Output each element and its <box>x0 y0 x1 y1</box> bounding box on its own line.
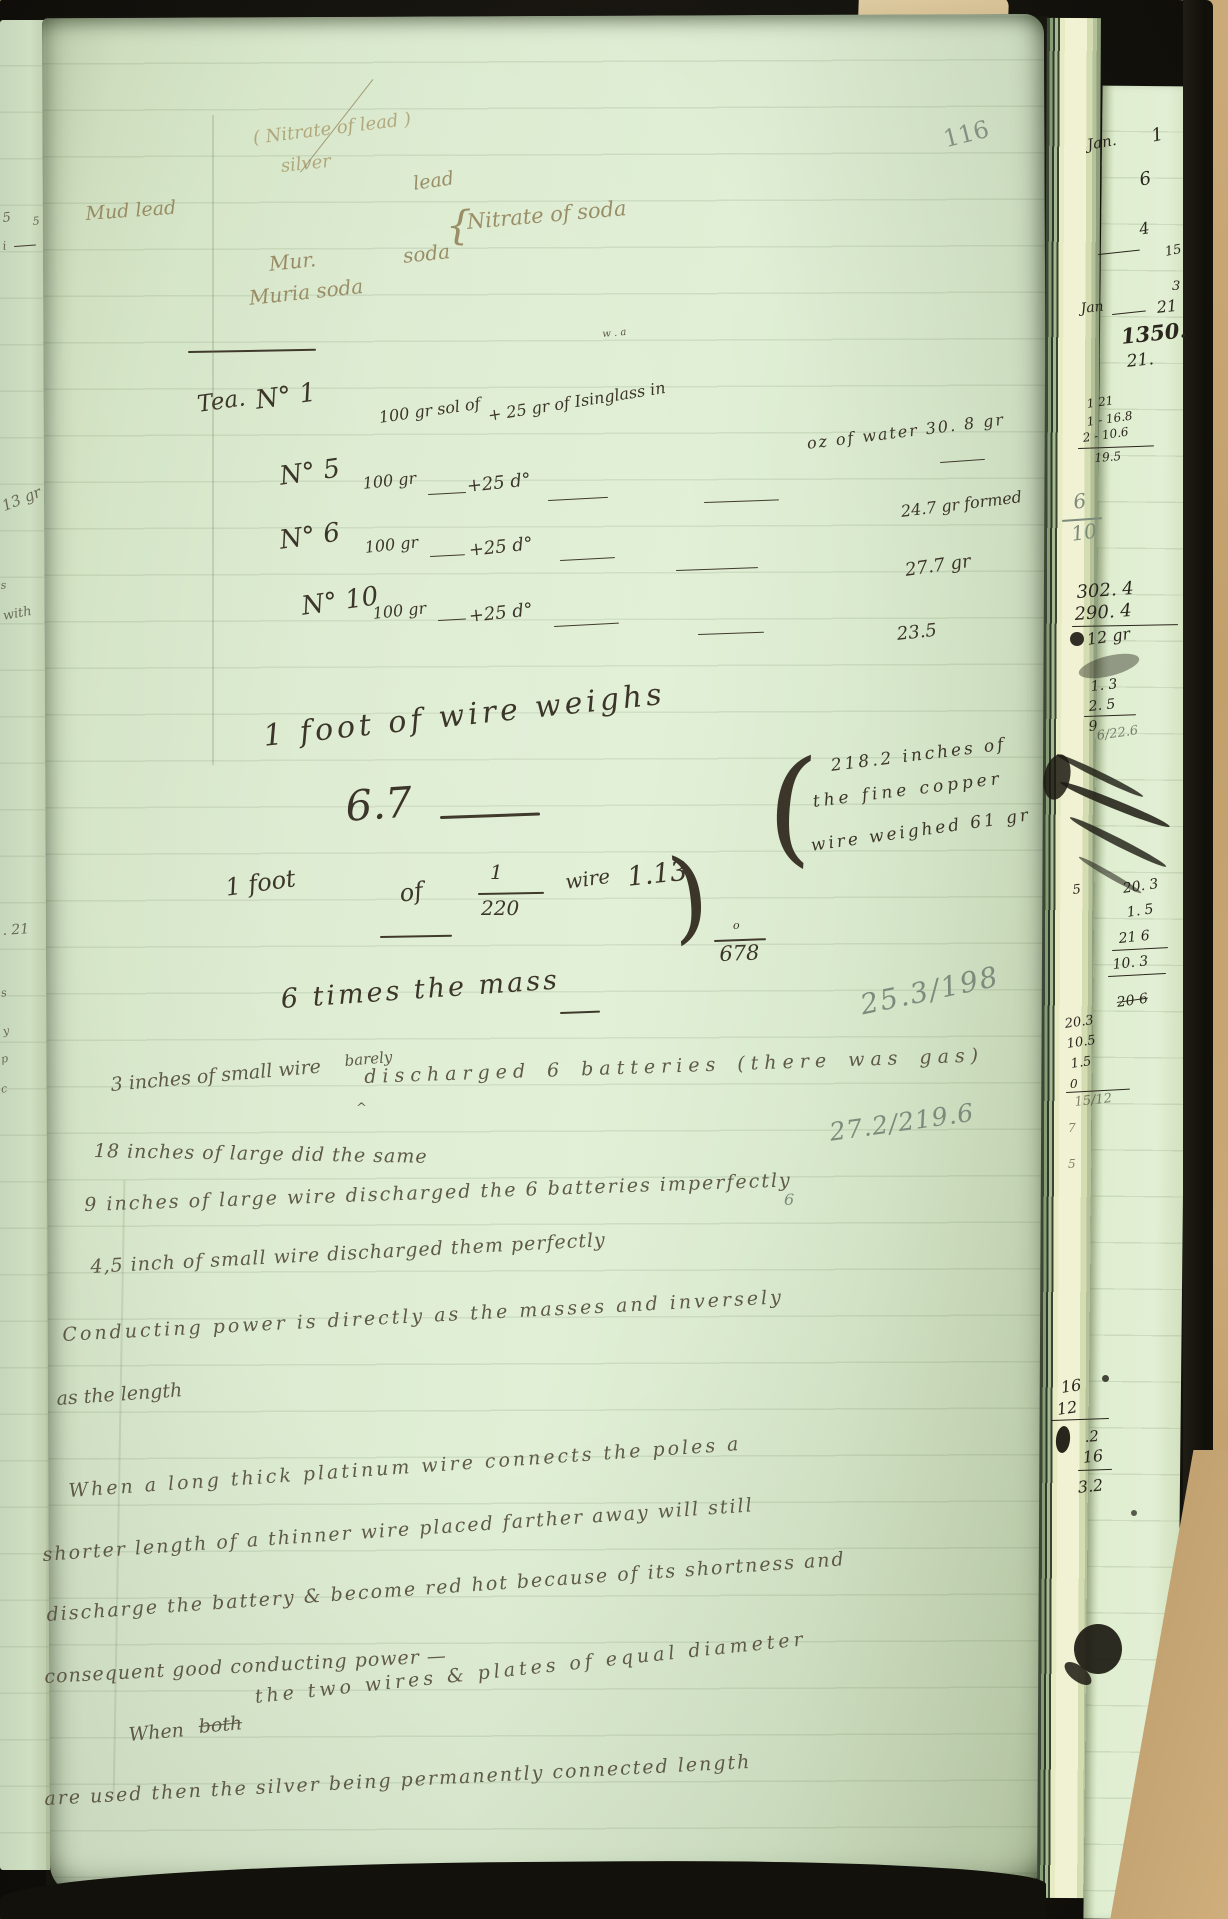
desk-photo: { "page": { "number": "116" }, "header_n… <box>0 0 1228 1919</box>
manuscript-page <box>42 14 1052 1894</box>
